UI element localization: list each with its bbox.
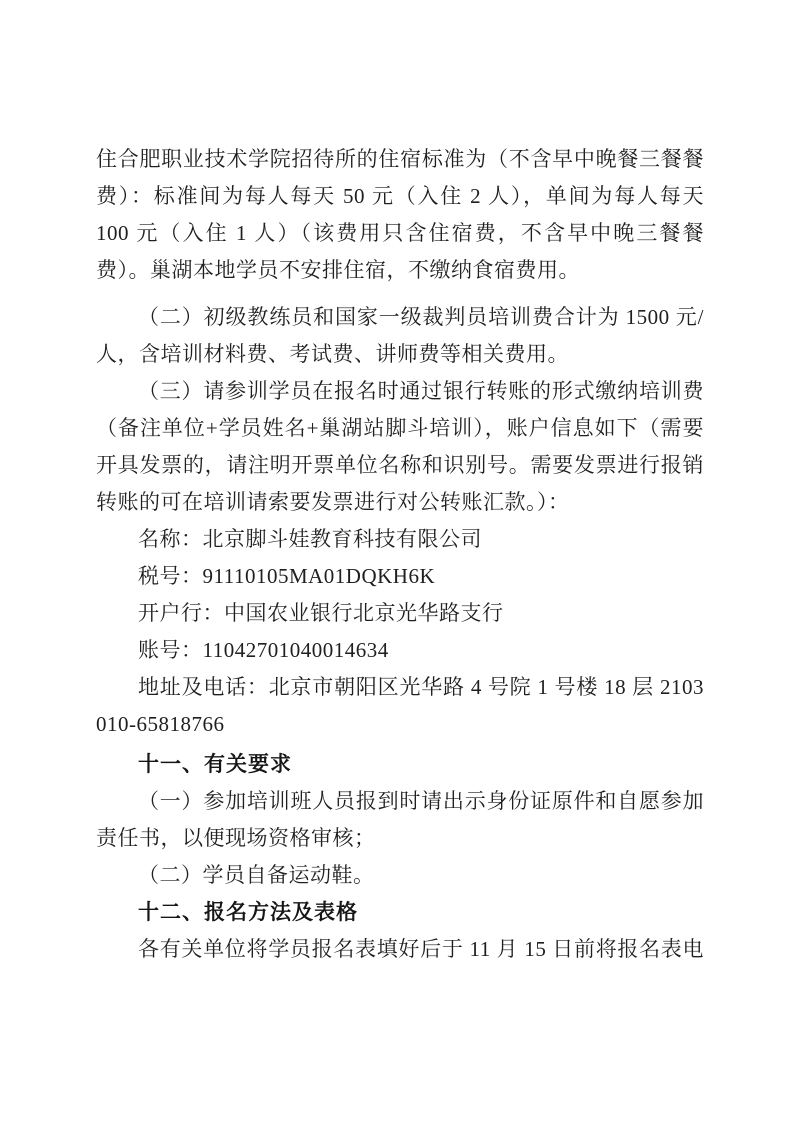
body-line: 住合肥职业技术学院招待所的住宿标准为（不含早中晚餐三餐餐 bbox=[96, 141, 704, 178]
document-page: 住合肥职业技术学院招待所的住宿标准为（不含早中晚餐三餐餐 费）：标准间为每人每天… bbox=[0, 0, 799, 1131]
bank-branch-line: 开户行：中国农业银行北京光华路支行 bbox=[96, 595, 704, 632]
section-heading-12: 十二、报名方法及表格 bbox=[96, 894, 704, 931]
body-line: （三）请参训学员在报名时通过银行转账的形式缴纳培训费 bbox=[96, 373, 704, 410]
body-line: 费）。巢湖本地学员不安排住宿，不缴纳食宿费用。 bbox=[96, 252, 704, 289]
section-heading-11: 十一、有关要求 bbox=[96, 746, 704, 783]
body-line: 各有关单位将学员报名表填好后于 11 月 15 日前将报名表电 bbox=[96, 931, 704, 968]
body-line: （二）学员自备运动鞋。 bbox=[96, 857, 704, 894]
body-line: （二）初级教练员和国家一级裁判员培训费合计为 1500 元/ bbox=[96, 299, 704, 336]
body-line: 责任书，以便现场资格审核； bbox=[96, 820, 704, 857]
body-line: 转账的可在培训请索要发票进行对公转账汇款。）： bbox=[96, 484, 704, 521]
body-line: （备注单位+学员姓名+巢湖站脚斗培训），账户信息如下（需要 bbox=[96, 410, 704, 447]
body-line: （一）参加培训班人员报到时请出示身份证原件和自愿参加 bbox=[96, 783, 704, 820]
document-body: 住合肥职业技术学院招待所的住宿标准为（不含早中晚餐三餐餐 费）：标准间为每人每天… bbox=[96, 141, 704, 968]
body-line: 开具发票的，请注明开票单位名称和识别号。需要发票进行报销 bbox=[96, 447, 704, 484]
address-phone-line: 地址及电话：北京市朝阳区光华路 4 号院 1 号楼 18 层 2103 bbox=[96, 669, 704, 706]
account-number-line: 账号：11042701040014634 bbox=[96, 632, 704, 669]
phone-number-line: 010-65818766 bbox=[96, 706, 704, 743]
tax-id-line: 税号：91110105MA01DQKH6K bbox=[96, 558, 704, 595]
body-line: 人，含培训材料费、考试费、讲师费等相关费用。 bbox=[96, 336, 704, 373]
body-line: 费）：标准间为每人每天 50 元（入住 2 人），单间为每人每天 bbox=[96, 178, 704, 215]
account-name-line: 名称：北京脚斗娃教育科技有限公司 bbox=[96, 521, 704, 558]
body-line: 100 元（入住 1 人）（该费用只含住宿费，不含早中晚三餐餐 bbox=[96, 215, 704, 252]
